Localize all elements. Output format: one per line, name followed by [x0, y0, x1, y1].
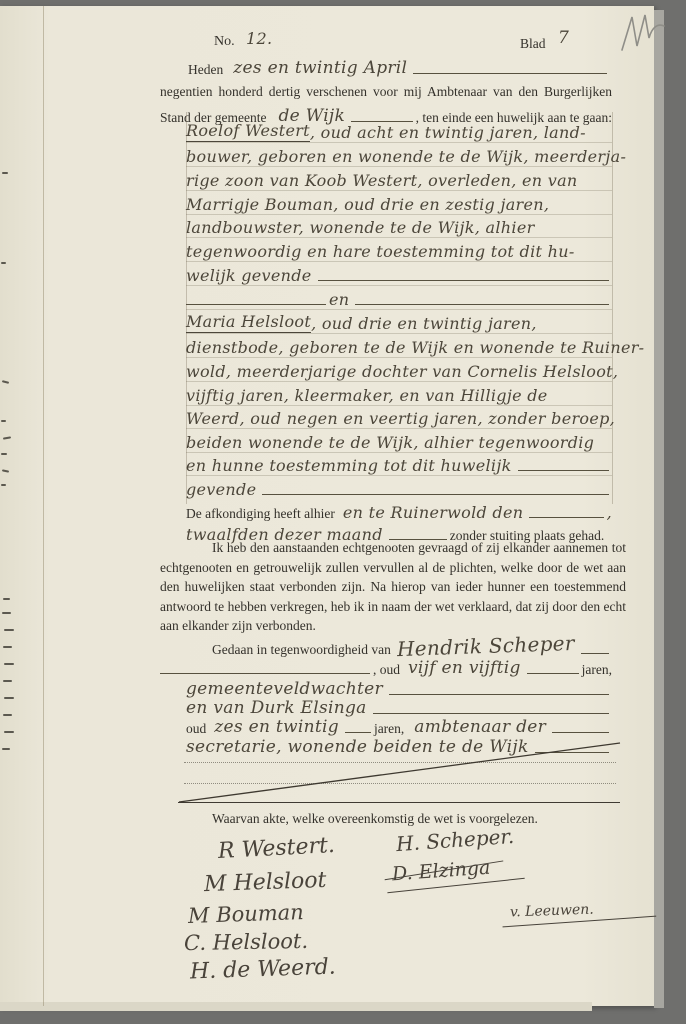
witness2-age-handwritten: zes en twintig — [214, 717, 339, 737]
page-edge-ink-mark — [1, 453, 7, 455]
groom-line-text: rige zoon van Koob Westert, overleden, e… — [186, 171, 578, 190]
witness2-occupation1-handwritten: ambtenaar der — [414, 717, 546, 737]
ink-line — [552, 732, 609, 733]
bride-line: Weerd, oud negen en veertig jaren, zonde… — [186, 404, 612, 429]
document-body: No. 12. Blad 7 Heden zes en twintig Apri… — [158, 0, 630, 1010]
signature-mother-bride: H. de Weerd. — [190, 954, 337, 984]
signature-bride: M Helsloot — [204, 868, 327, 897]
page-edge-ink-mark — [1, 420, 6, 422]
witness1-occupation-line: gemeenteveldwachter — [186, 677, 612, 699]
groom-line: Roelof Westert , oud acht en twintig jar… — [186, 118, 612, 143]
groom-line: rige zoon van Koob Westert, overleden, e… — [186, 166, 612, 191]
ink-line — [413, 73, 607, 74]
page-edge-ink-mark — [2, 612, 11, 614]
signature-witness2-struck: D. Elzinga — [391, 857, 491, 886]
signature-groom: R Westert. — [217, 833, 335, 864]
ink-line — [345, 732, 371, 733]
pencil-paraaf-icon — [616, 10, 670, 58]
witness2-age-line: oud zes en twintig jaren, ambtenaar der — [186, 715, 612, 737]
ink-line — [389, 694, 609, 695]
scanned-document: No. 12. Blad 7 Heden zes en twintig Apri… — [0, 0, 686, 1024]
no-label: No. — [214, 34, 235, 50]
ink-line — [373, 713, 609, 714]
bride-line: wold, meerderjarige dochter van Cornelis… — [186, 357, 612, 382]
signature-mother-groom: M Bouman — [188, 900, 305, 928]
bride-line-text: beiden wonende te de Wijk, alhier tegenw… — [186, 433, 594, 452]
groom-intro: , oud acht en twintig jaren, land- — [310, 123, 586, 142]
bride-line: en hunne toestemming tot dit huwelijk — [186, 451, 612, 476]
bride-intro: , oud drie en twintig jaren, — [311, 314, 537, 333]
bride-name: Maria Helsloot — [186, 312, 311, 333]
date-handwritten: zes en twintig April — [233, 58, 407, 78]
bride-line: dienstbode, geboren te de Wijk en wonend… — [186, 333, 612, 358]
groom-line-text: bouwer, geboren en wonende te de Wijk, m… — [186, 147, 626, 166]
bride-line-text: dienstbode, geboren te de Wijk en wonend… — [186, 338, 644, 357]
witness1-age-handwritten: vijf en vijftig — [408, 658, 521, 678]
signature-witness1: H. Scheper. — [395, 824, 515, 856]
intro-line2: negentien honderd dertig verschenen voor… — [160, 84, 612, 100]
ink-line — [318, 280, 609, 281]
witness1-age-line: , oud vijf en vijftig jaren, — [160, 656, 612, 678]
bride-line-text: vijftig jaren, kleermaker, en van Hillig… — [186, 386, 548, 405]
ink-line — [262, 494, 609, 495]
ink-line — [518, 470, 609, 471]
jaren-label: jaren, — [582, 662, 612, 678]
groom-name: Roelof Westert — [186, 121, 310, 142]
declaration-paragraph: Ik heb den aanstaanden echtgenooten gevr… — [160, 538, 626, 636]
page-edge-ink-mark — [2, 172, 8, 174]
page-edge-ink-mark — [4, 629, 14, 631]
bride-line: vijftig jaren, kleermaker, en van Hillig… — [186, 381, 612, 406]
cancellation-diagonal-line — [176, 737, 624, 807]
binding-crease — [43, 6, 44, 1006]
date-line: Heden zes en twintig April — [188, 52, 610, 78]
blad-value: 7 — [558, 28, 569, 48]
ink-line — [581, 653, 609, 654]
groom-line-text: tegenwoordig en hare toestemming tot dit… — [186, 242, 575, 261]
groom-line: Marrigje Bouman, oud drie en zestig jare… — [186, 190, 612, 215]
blad-label: Blad — [520, 36, 546, 52]
groom-line-text: landbouwster, wonende te de Wijk, alhier — [186, 218, 535, 237]
ink-line — [160, 673, 370, 674]
ink-line — [355, 304, 609, 305]
page-edge-ink-mark — [4, 731, 14, 733]
conjunction-line: en — [186, 285, 612, 310]
bride-line: Maria Helsloot , oud drie en twintig jar… — [186, 309, 612, 334]
page-edge-ink-mark — [2, 748, 10, 750]
bride-line: gevende — [186, 475, 612, 499]
groom-line: landbouwster, wonende te de Wijk, alhier — [186, 213, 612, 238]
no-value: 12. — [246, 29, 272, 48]
conjunction-word: en — [329, 290, 349, 309]
bride-line-text: wold, meerderjarige dochter van Cornelis… — [186, 362, 618, 381]
ink-line — [529, 517, 603, 518]
afkondiging-prefix: De afkondiging heeft alhier — [186, 506, 335, 522]
groom-line-text: welijk gevende — [186, 266, 312, 285]
bride-line: beiden wonende te de Wijk, alhier tegenw… — [186, 428, 612, 453]
bride-line-text: gevende — [186, 480, 256, 499]
witness1-line: Gedaan in tegenwoordigheid van Hendrik S… — [160, 631, 612, 658]
page-edge-ink-mark — [3, 598, 10, 600]
bride-line-text: Weerd, oud negen en veertig jaren, zonde… — [186, 409, 615, 428]
oud-label: , oud — [373, 662, 400, 678]
afkondiging-line1: De afkondiging heeft alhier en te Ruiner… — [186, 499, 612, 522]
page-edge-ink-mark — [3, 646, 12, 648]
page-edge-ink-mark — [1, 484, 6, 486]
afkondiging-handwritten1: en te Ruinerwold den — [343, 503, 524, 522]
groom-line: welijk gevende — [186, 261, 612, 286]
page-edge-ink-mark — [4, 697, 14, 699]
page-stack-edge — [654, 10, 664, 1008]
witness1-occupation-handwritten: gemeenteveldwachter — [186, 679, 383, 699]
page-edge-ink-mark — [3, 714, 12, 716]
groom-line: bouwer, geboren en wonende te de Wijk, m… — [186, 142, 612, 167]
heden-label: Heden — [188, 62, 223, 78]
page-edge-ink-mark — [4, 663, 14, 665]
bride-line-text: en hunne toestemming tot dit huwelijk — [186, 456, 512, 475]
signature-father-bride: C. Helsloot. — [184, 929, 308, 955]
page-edge-ink-mark — [1, 262, 6, 264]
page-edge-ink-mark — [3, 680, 12, 682]
groom-line-text: Marrigje Bouman, oud drie en zestig jare… — [186, 195, 549, 214]
afkondiging-comma: , — [607, 503, 612, 522]
groom-line: tegenwoordig en hare toestemming tot dit… — [186, 237, 612, 262]
ink-line — [186, 304, 326, 305]
form-margin-rule-right — [612, 112, 613, 504]
ink-line — [527, 673, 579, 674]
signature-registrar-illegible: v. Leeuwen. — [510, 902, 594, 921]
